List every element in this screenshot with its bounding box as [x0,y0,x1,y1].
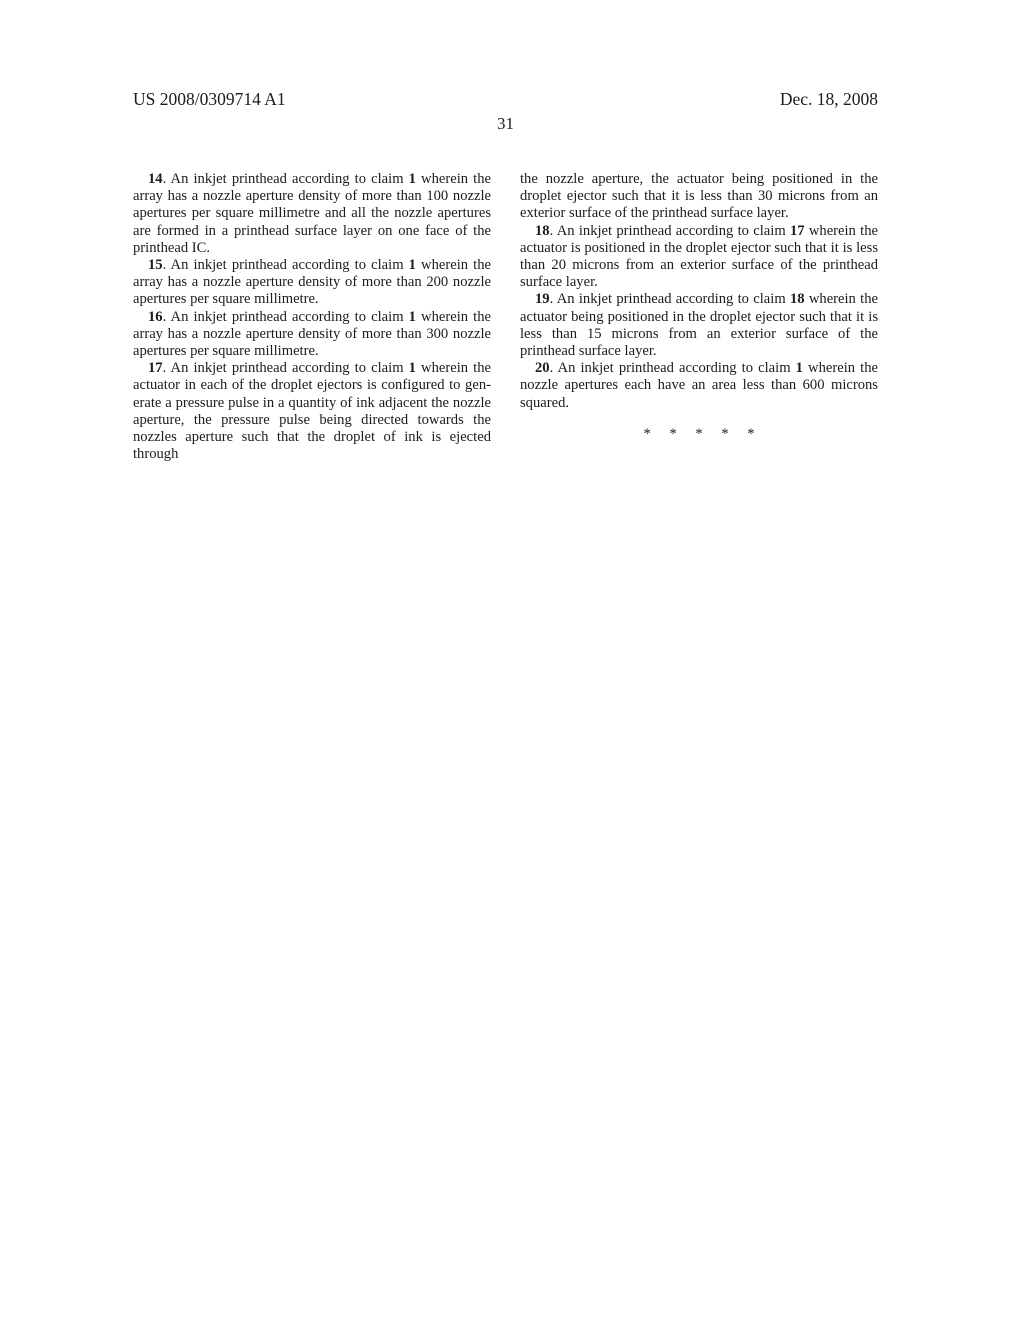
claim-18: 18. An inkjet printhead according to cla… [520,223,878,292]
claim-20: 20. An inkjet printhead according to cla… [520,360,878,412]
claim-17: 17. An inkjet printhead according to cla… [133,360,491,463]
claims-body: 14. An inkjet printhead according to cla… [133,171,878,463]
patent-page: US 2008/0309714 A1 Dec. 18, 2008 31 14. … [0,0,1024,1320]
claim-continuation: the nozzle aperture, the actuator being … [520,171,878,223]
left-column: 14. An inkjet printhead according to cla… [133,171,491,463]
claim-15: 15. An inkjet printhead according to cla… [133,257,491,309]
end-of-claims-asterisks: * * * * * [520,426,878,443]
page-header: US 2008/0309714 A1 Dec. 18, 2008 [133,88,878,110]
claim-16: 16. An inkjet printhead according to cla… [133,309,491,361]
page-number: 31 [133,113,878,135]
publication-number: US 2008/0309714 A1 [133,88,286,110]
claim-19: 19. An inkjet printhead according to cla… [520,291,878,360]
claim-14: 14. An inkjet printhead according to cla… [133,171,491,257]
publication-date: Dec. 18, 2008 [780,88,878,110]
right-column: the nozzle aperture, the actuator being … [520,171,878,463]
